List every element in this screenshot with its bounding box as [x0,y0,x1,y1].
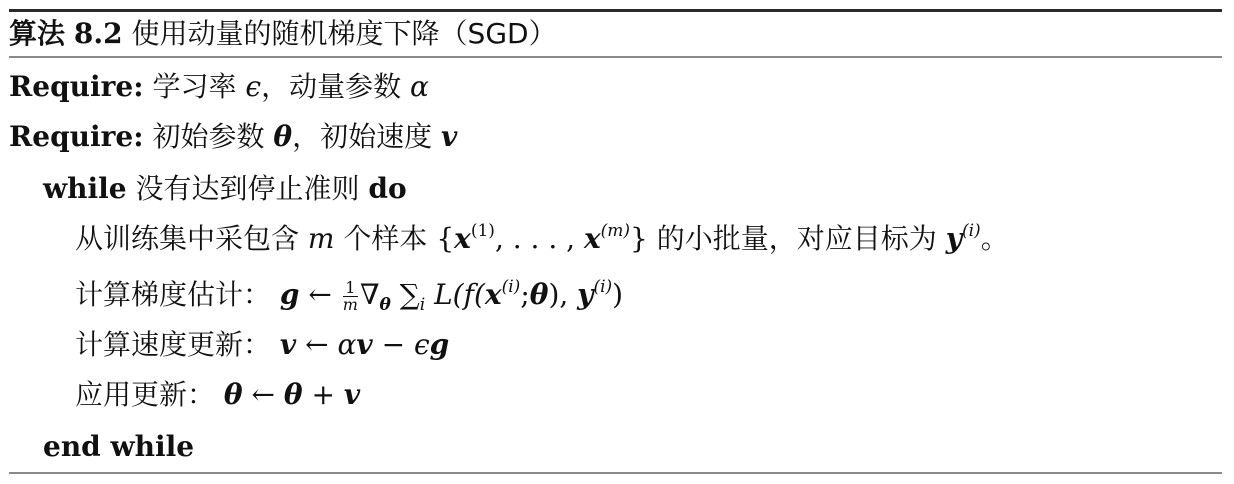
assign-arrow: ← [300,278,341,311]
nabla-symbol: ∇ [360,278,380,311]
x-symbol: x [454,222,471,255]
bottom-rule [9,472,1222,474]
require-keyword: Require: [9,70,144,103]
set-close: } [630,222,648,255]
assign-arrow: ← [296,328,337,361]
x-symbol: x [584,222,601,255]
plus-sign: + [303,378,344,411]
algorithm-caption: 算法 8.2 使用动量的随机梯度下降（SGD） [9,17,557,51]
separator: ， [292,120,320,153]
superscript: (1) [471,221,495,241]
minus-sign: − [373,328,414,361]
end-while-line: end while [43,430,194,464]
while-keyword: while [43,172,127,205]
velocity-label: 计算速度更新： [75,328,271,361]
caption-title: 使用动量的随机梯度下降（SGD） [132,17,557,50]
period: 。 [981,222,1009,255]
v-symbol: v [344,378,360,411]
caption-label: 算法 [9,17,65,50]
sum-symbol: ∑ [400,278,420,311]
stop-condition: 没有达到停止准则 [135,172,359,205]
initial-params-label: 初始参数 [152,120,264,153]
epsilon-symbol: ϵ [245,70,261,103]
step-apply-update: 应用更新： θ ← θ + v [75,378,360,412]
theta-symbol: θ [273,120,292,153]
superscript: (m) [601,221,630,241]
theta-symbol: θ [224,378,243,411]
alpha-symbol: α [410,70,429,103]
fraction: 1m [343,280,358,313]
fraction-denominator: m [343,297,358,313]
theta-symbol: θ [530,278,549,311]
step-compute-gradient: 计算梯度估计： g ← 1m∇θ ∑i L(f(x(i);θ), y(i)) [75,278,623,313]
set-open: { [436,222,454,255]
alpha-symbol: α [337,328,356,361]
caption-rule [9,56,1222,58]
m-symbol: m [308,222,335,255]
ellipsis: , . . . , [495,222,584,255]
epsilon-symbol: ϵ [414,328,430,361]
step-sample-minibatch: 从训练集中采包含 m 个样本 {x(1), . . . , x(m)} 的小批量… [75,222,1009,256]
learning-rate-label: 学习率 [152,70,236,103]
y-symbol: y [577,278,593,311]
top-rule [9,9,1222,12]
apply-label: 应用更新： [75,378,215,411]
gradient-label: 计算梯度估计： [75,278,271,311]
g-symbol: g [430,328,450,361]
require-line-1: Require: 学习率 ϵ，动量参数 α [9,70,429,104]
v-symbol: v [441,120,457,153]
superscript: (i) [502,277,521,297]
theta-symbol: θ [284,378,303,411]
paren-close: ) [612,278,623,311]
v-symbol: v [280,328,296,361]
v-symbol: v [356,328,372,361]
step-velocity-update: 计算速度更新： v ← αv − ϵg [75,328,449,362]
caption-number: 8.2 [74,17,123,50]
do-keyword: do [368,172,406,205]
end-while-keyword: end while [43,430,194,463]
y-symbol: y [946,222,962,255]
superscript: (i) [593,277,612,297]
superscript: (i) [962,221,981,241]
assign-arrow: ← [243,378,284,411]
separator: ， [261,70,289,103]
g-symbol: g [280,278,300,311]
initial-velocity-label: 初始速度 [320,120,432,153]
loss-expr: L(f( [425,278,485,311]
sample-text: 从训练集中采包含 [75,222,299,255]
samples-text: 个样本 [343,222,427,255]
minibatch-text: 的小批量，对应目标为 [657,222,937,255]
x-symbol: x [485,278,502,311]
subscript: θ [380,295,391,315]
while-line: while 没有达到停止准则 do [43,172,407,206]
loss-expr-close: ), [548,278,577,311]
require-keyword: Require: [9,120,144,153]
semicolon: ; [520,278,529,311]
require-line-2: Require: 初始参数 θ，初始速度 v [9,120,457,154]
momentum-param-label: 动量参数 [289,70,401,103]
